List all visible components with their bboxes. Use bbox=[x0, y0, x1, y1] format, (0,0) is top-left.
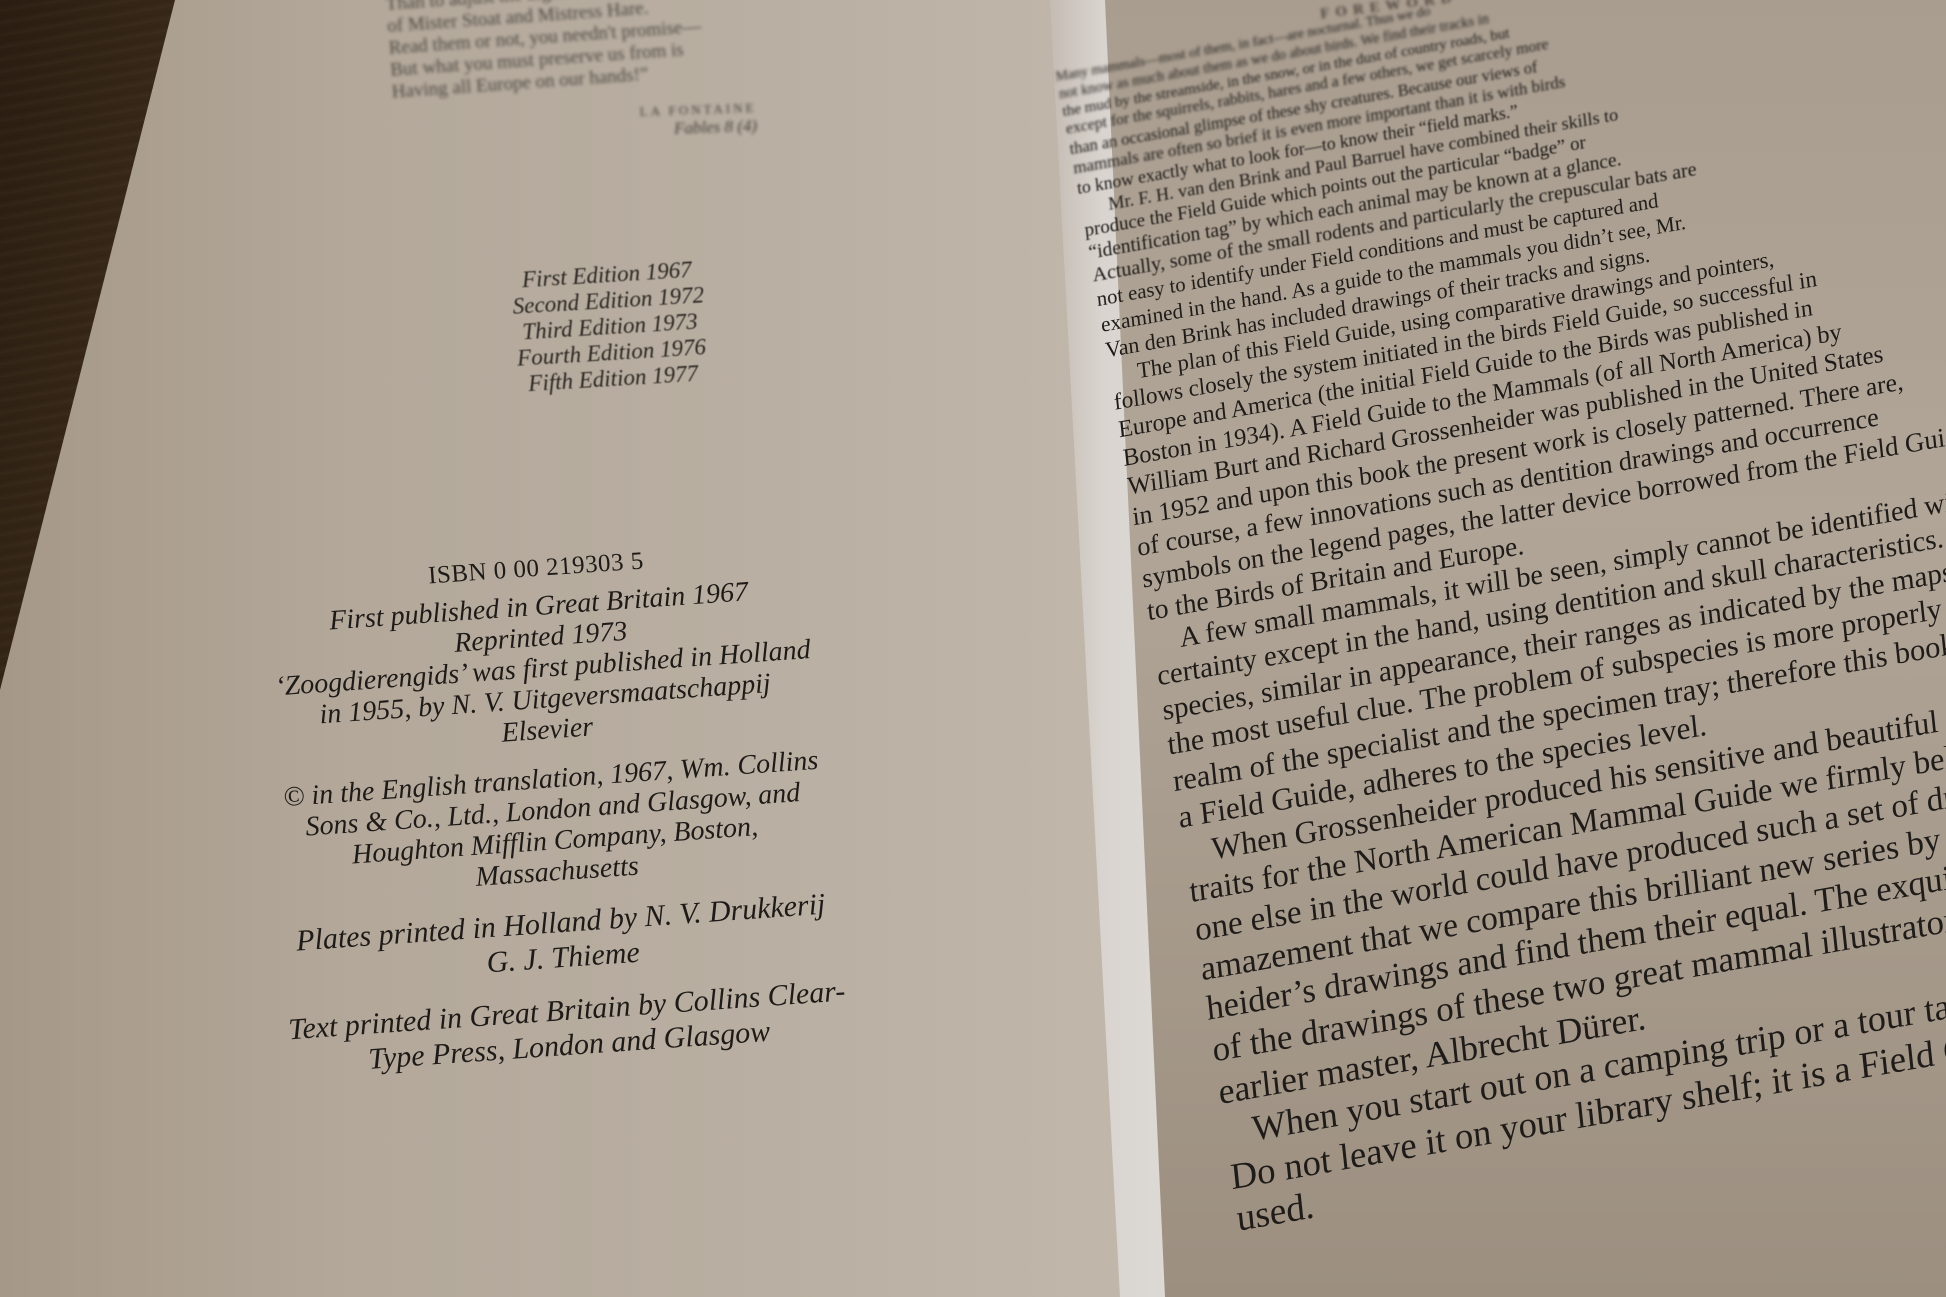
colophon: ISBN 0 00 219303 5 First published in Gr… bbox=[176, 530, 931, 1106]
edition-history: First Edition 1967 Second Edition 1972 T… bbox=[456, 253, 763, 401]
epigraph-work: Fables 8 (4) bbox=[640, 116, 757, 140]
copyright-notice: © in the English translation, 1967, Wm. … bbox=[190, 738, 917, 912]
epigraph-attribution: LA FONTAINE Fables 8 (4) bbox=[639, 100, 757, 140]
foreword-text: Many mammals—most of them, in fact—are n… bbox=[1055, 0, 1946, 1253]
